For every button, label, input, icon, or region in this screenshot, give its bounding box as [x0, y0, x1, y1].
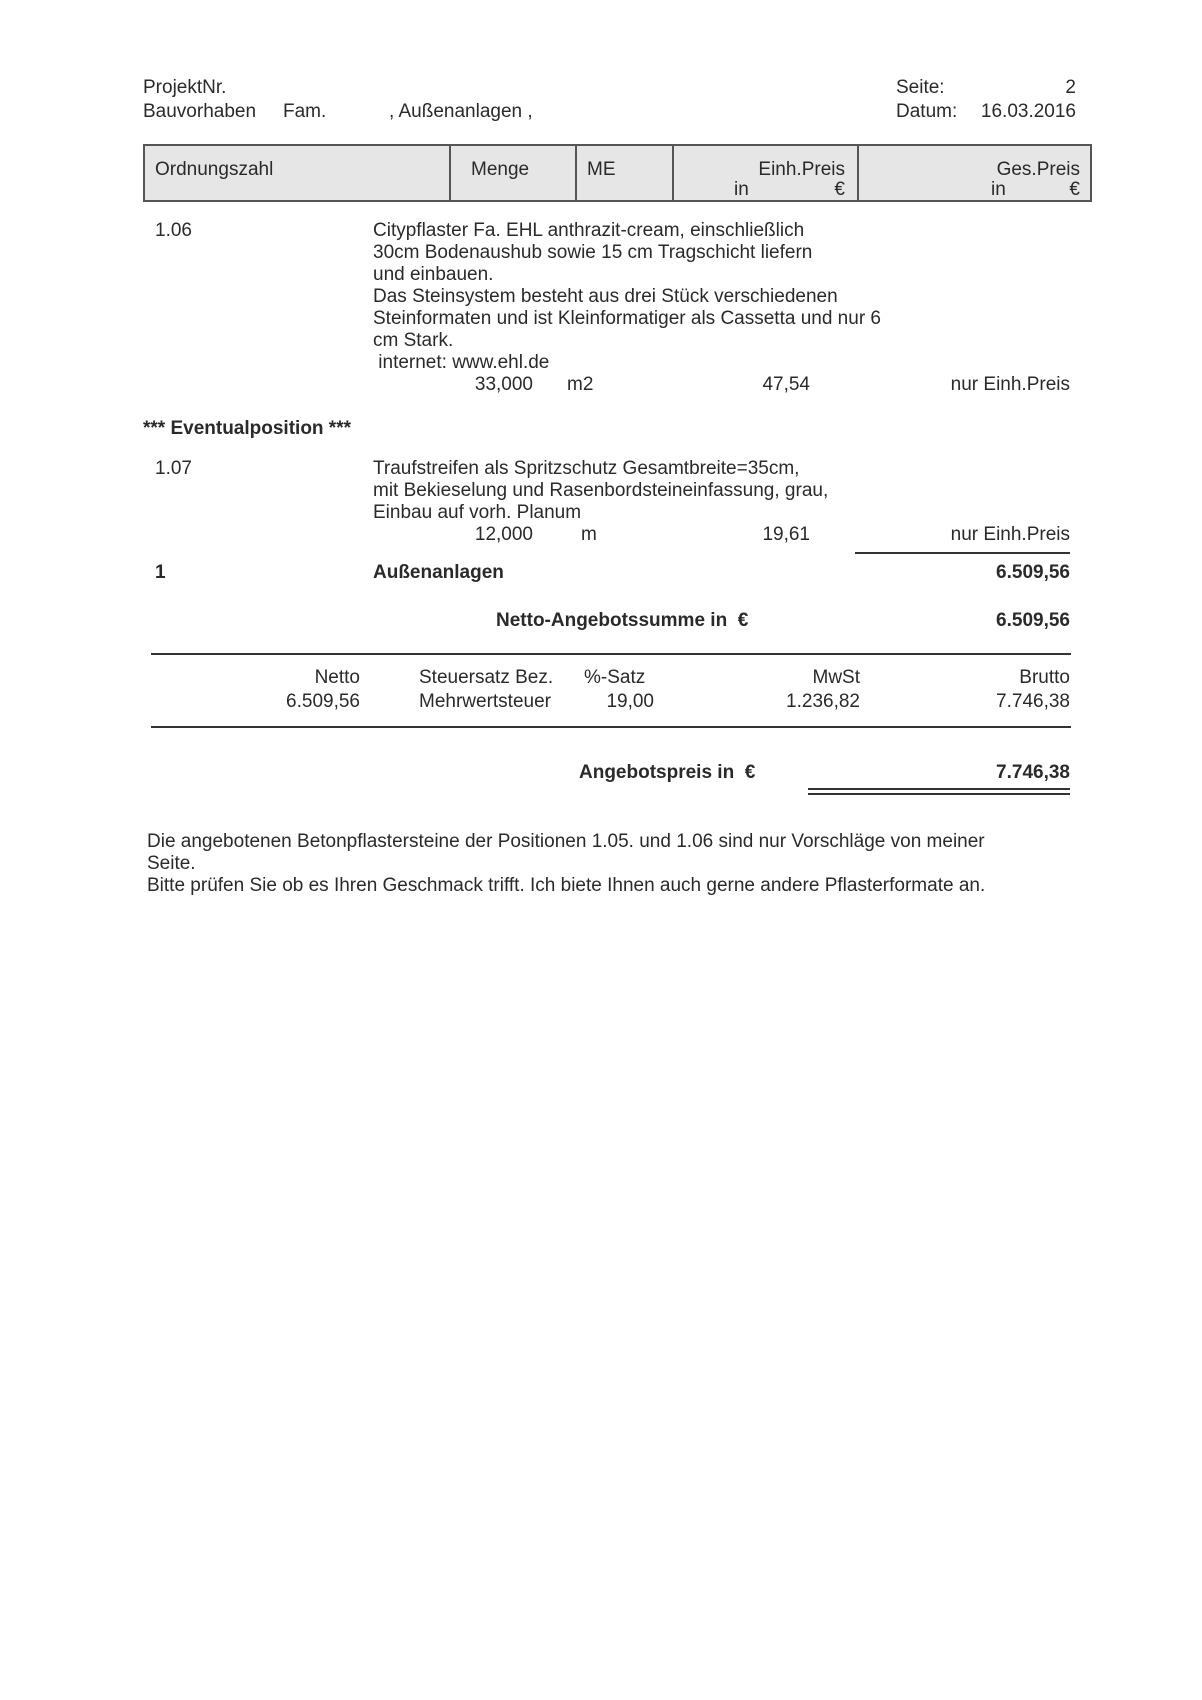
- tax-header-steuersatz: Steuersatz Bez.: [419, 667, 553, 689]
- group-total-value: 6.509,56: [900, 562, 1070, 584]
- group-total-rule: [855, 552, 1070, 554]
- note-line: Seite.: [147, 853, 196, 875]
- col-ges-currency: €: [1069, 179, 1080, 201]
- group-total-oz: 1: [155, 562, 166, 584]
- position-text-line: Das Steinsystem besteht aus drei Stück v…: [373, 286, 838, 308]
- netto-sum-value: 6.509,56: [900, 610, 1070, 632]
- tax-header-prozent: %-Satz: [584, 667, 645, 689]
- tax-rate: 19,00: [560, 691, 654, 713]
- project-number-label: ProjektNr.: [143, 77, 226, 99]
- tax-type: Mehrwertsteuer: [419, 691, 551, 713]
- position-text-line: Traufstreifen als Spritzschutz Gesamtbre…: [373, 458, 799, 480]
- tax-header-brutto: Brutto: [920, 667, 1070, 689]
- col-me: ME: [577, 146, 674, 200]
- position-text-line: Einbau auf vorh. Planum: [373, 502, 581, 524]
- offer-price-double-rule-top: [808, 788, 1070, 790]
- col-ges-preis-label: Ges.Preis: [997, 159, 1080, 181]
- tax-netto: 6.509,56: [250, 691, 360, 713]
- col-ges-in: in: [991, 179, 1006, 201]
- position-me: m2: [567, 374, 593, 396]
- note-line: Die angebotenen Betonpflastersteine der …: [147, 831, 985, 853]
- position-oz: 1.07: [155, 458, 192, 480]
- offer-price-value: 7.746,38: [900, 762, 1070, 784]
- position-menge: 12,000: [420, 524, 533, 546]
- position-einh-preis: 19,61: [700, 524, 810, 546]
- col-einh-currency: €: [834, 179, 845, 201]
- tax-header-mwst: MwSt: [730, 667, 860, 689]
- col-einh-preis-label: Einh.Preis: [758, 159, 845, 181]
- position-menge: 33,000: [420, 374, 533, 396]
- tax-brutto: 7.746,38: [920, 691, 1070, 713]
- position-text-line: mit Bekieselung und Rasenbordsteineinfas…: [373, 480, 828, 502]
- note-line: Bitte prüfen Sie ob es Ihren Geschmack t…: [147, 875, 985, 897]
- page-label: Seite:: [896, 77, 945, 99]
- tax-table-top-rule: [151, 653, 1071, 655]
- bauvorhaben-name: Fam.: [283, 101, 326, 123]
- bauvorhaben-suffix: , Außenanlagen ,: [389, 101, 533, 123]
- col-menge: Menge: [451, 146, 577, 200]
- position-text-line: cm Stark.: [373, 330, 453, 352]
- position-text-line: 30cm Bodenaushub sowie 15 cm Tragschicht…: [373, 242, 812, 264]
- netto-sum-label: Netto-Angebotssumme in €: [496, 610, 748, 632]
- page-number: 2: [1000, 77, 1076, 99]
- col-einh-preis: Einh.Preis in €: [674, 146, 859, 200]
- col-ges-preis: Ges.Preis in €: [859, 146, 1090, 200]
- position-website: internet: www.ehl.de: [373, 352, 549, 374]
- position-ges-preis: nur Einh.Preis: [900, 374, 1070, 396]
- position-einh-preis: 47,54: [700, 374, 810, 396]
- tax-table-bottom-rule: [151, 726, 1071, 728]
- col-einh-in: in: [734, 179, 749, 201]
- group-total-label: Außenanlagen: [373, 562, 504, 584]
- date-label: Datum:: [896, 101, 957, 123]
- position-text-line: und einbauen.: [373, 264, 493, 286]
- col-menge-label: Menge: [471, 159, 529, 181]
- position-text-line: Citypflaster Fa. EHL anthrazit-cream, ei…: [373, 220, 804, 242]
- tax-mwst: 1.236,82: [730, 691, 860, 713]
- col-ordnungszahl: Ordnungszahl: [145, 146, 451, 200]
- eventualposition-label: *** Eventualposition ***: [143, 418, 351, 440]
- position-oz: 1.06: [155, 220, 192, 242]
- position-text-line: Steinformaten und ist Kleinformatiger al…: [373, 308, 881, 330]
- column-header-table: Ordnungszahl Menge ME Einh.Preis in € Ge…: [143, 144, 1092, 202]
- tax-header-netto: Netto: [250, 667, 360, 689]
- position-me: m: [581, 524, 597, 546]
- bauvorhaben-label: Bauvorhaben: [143, 101, 256, 123]
- offer-price-double-rule-bottom: [808, 793, 1070, 795]
- offer-price-label: Angebotspreis in €: [579, 762, 755, 784]
- position-ges-preis: nur Einh.Preis: [900, 524, 1070, 546]
- date-value: 16.03.2016: [966, 101, 1076, 123]
- col-me-label: ME: [587, 159, 616, 181]
- col-ordnungszahl-label: Ordnungszahl: [155, 159, 273, 181]
